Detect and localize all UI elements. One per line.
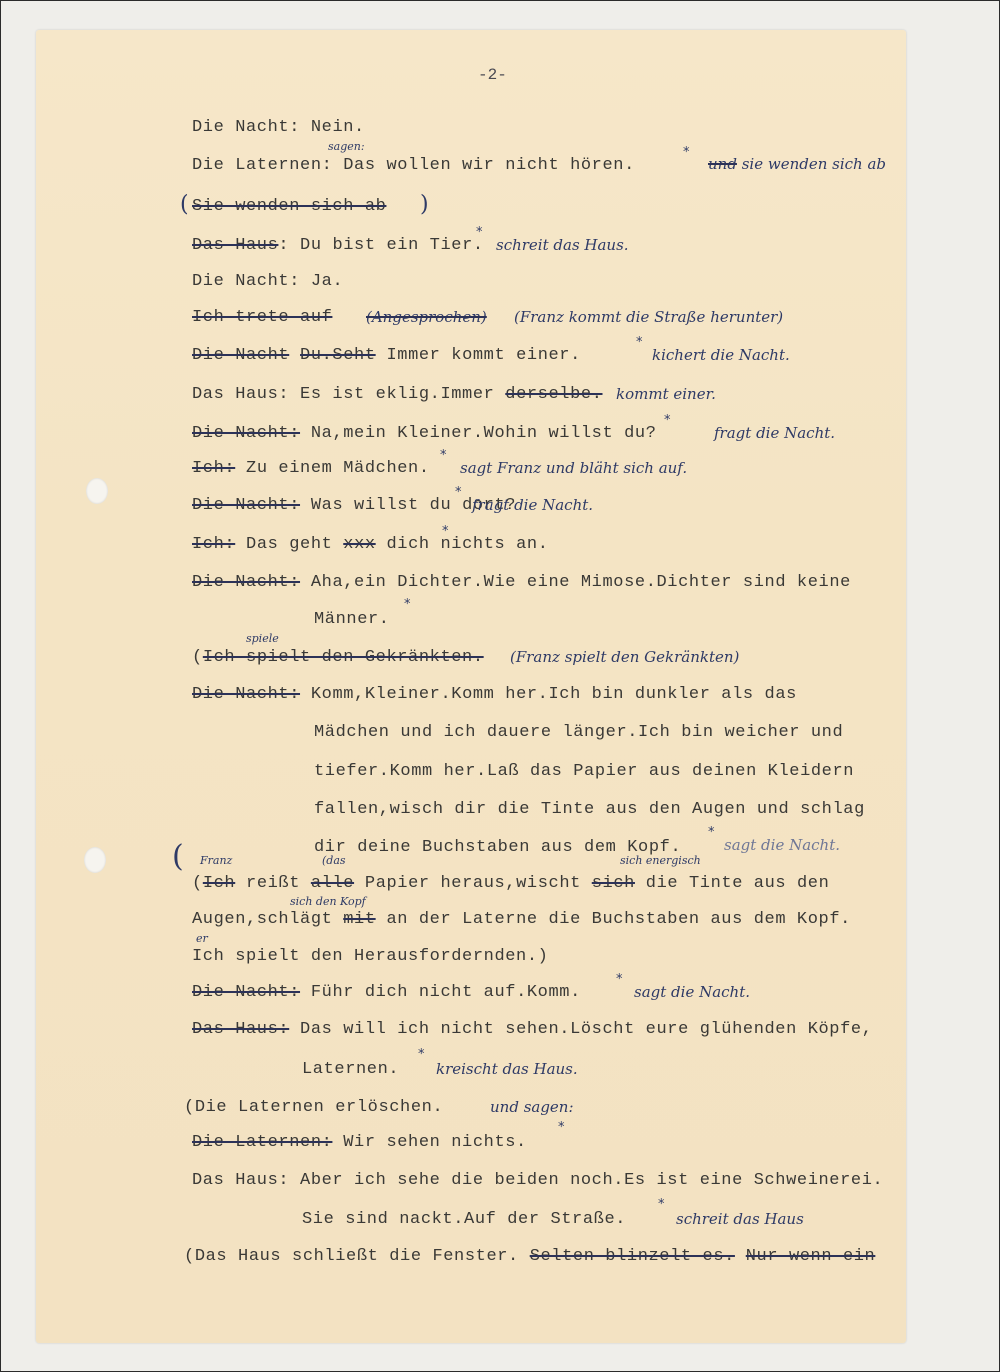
speaker-struck: Die Nacht [192, 346, 289, 365]
typed-line: Die Nacht: Na,mein Kleiner.Wohin willst … [192, 424, 657, 444]
typed-line: Die Nacht: Nein. [192, 118, 365, 138]
margin-note: sagt die Nacht. [724, 836, 840, 854]
margin-note: (Franz kommt die Straße herunter) [514, 308, 783, 326]
typed-line: Sie wenden sich ab [192, 197, 386, 217]
margin-note: und sagen: [490, 1098, 574, 1116]
typed-line: (Die Laternen erlöschen. [184, 1098, 443, 1118]
typed-line: Die Nacht Du.Seht Immer kommt einer. [192, 346, 581, 366]
speaker: Die Nacht: [192, 118, 300, 137]
margin-note: sagt die Nacht. [634, 983, 750, 1001]
margin-note: schreit das Haus [676, 1210, 804, 1228]
insertion-note: sich energisch [620, 852, 701, 870]
typed-line: Die Nacht: Komm,Kleiner.Komm her.Ich bin… [192, 685, 797, 705]
typed-line: Ich: Das geht xxx dich nichts an. [192, 535, 549, 555]
insertion-note: spiele [246, 630, 279, 648]
typed-line: (Das Haus schließt die Fenster. Selten b… [184, 1247, 875, 1267]
typed-line: Das Haus: Es ist eklig.Immer derselbe. [192, 385, 603, 405]
margin-note: und sie wenden sich ab [708, 155, 886, 173]
speaker-struck: Die Nacht: [192, 496, 300, 515]
typed-line: Die Nacht: Führ dich nicht auf.Komm. [192, 983, 581, 1003]
typed-line: Die Nacht: Ja. [192, 272, 343, 292]
typed-line: Die Laternen: Wir sehen nichts. [192, 1133, 527, 1153]
margin-note-struck: (Angesprochen) [366, 308, 487, 326]
speaker-struck: Die Nacht: [192, 983, 300, 1002]
typed-line: Das Haus: Das will ich nicht sehen.Lösch… [192, 1020, 873, 1040]
speaker: Die Nacht: [192, 272, 300, 291]
margin-note: fragt die Nacht. [472, 496, 593, 514]
speaker: Die Laternen: [192, 156, 332, 175]
speaker: Das Haus: [192, 1171, 289, 1190]
struck-text: Sie wenden sich ab [192, 197, 386, 216]
typed-line: fallen,wisch dir die Tinte aus den Augen… [314, 800, 865, 820]
asterisk-marker: * [664, 414, 671, 428]
asterisk-marker: * [418, 1048, 425, 1062]
punch-hole-top [86, 478, 108, 504]
speaker-struck: Die Nacht: [192, 573, 300, 592]
punch-hole-bottom [84, 847, 106, 873]
typed-line: Das Haus: Du bist ein Tier. [192, 236, 484, 256]
insertion-note: sagen: [328, 138, 365, 156]
margin-note: kreischt das Haus. [436, 1060, 578, 1078]
margin-note: kommt einer. [616, 385, 716, 403]
speaker-struck: Die Nacht: [192, 685, 300, 704]
margin-note: kichert die Nacht. [652, 346, 790, 364]
speaker-struck: Die Nacht: [192, 424, 300, 443]
insertion-note: er [196, 930, 208, 948]
bracket-mark: ( [180, 194, 189, 216]
insertion-note: (das [322, 852, 346, 870]
struck-text: Ich trete auf [192, 308, 332, 327]
typed-line: Das Haus: Aber ich sehe die beiden noch.… [192, 1171, 883, 1191]
typed-line: Die Nacht: Was willst du dort? [192, 496, 516, 516]
asterisk-marker: * [683, 146, 690, 160]
asterisk-marker: * [442, 525, 449, 539]
typed-line: tiefer.Komm her.Laß das Papier aus deine… [314, 762, 854, 782]
typed-line: Ich: Zu einem Mädchen. [192, 459, 430, 479]
speaker: Das Haus: [192, 385, 289, 404]
margin-note: schreit das Haus. [496, 236, 629, 254]
asterisk-marker: * [616, 973, 623, 987]
speaker-struck: Das Haus [192, 236, 278, 255]
asterisk-marker: * [476, 226, 483, 240]
typed-line: Mädchen und ich dauere länger.Ich bin we… [314, 723, 843, 743]
speaker-struck: Das Haus: [192, 1020, 289, 1039]
asterisk-marker: * [658, 1198, 665, 1212]
page-number: -2- [478, 66, 507, 84]
margin-note: sagt Franz und bläht sich auf. [460, 459, 687, 477]
asterisk-marker: * [558, 1121, 565, 1135]
insertion-note: Franz [200, 852, 232, 870]
typed-line: Sie sind nackt.Auf der Straße. [302, 1210, 626, 1230]
asterisk-marker: * [440, 449, 447, 463]
speaker-struck: Die Laternen: [192, 1133, 332, 1152]
bracket-mark: ) [420, 194, 429, 216]
asterisk-marker: * [404, 598, 411, 612]
margin-note: (Franz spielt den Gekränkten) [510, 648, 739, 666]
typed-line: (Ich reißt alle Papier heraus,wischt sic… [192, 874, 829, 894]
typed-line: Ich spielt den Herausfordernden.) [192, 947, 548, 967]
typed-line: Männer. [314, 610, 390, 630]
speaker-struck: Ich: [192, 535, 235, 554]
typed-line: Ich trete auf [192, 308, 332, 328]
margin-note: fragt die Nacht. [714, 424, 835, 442]
bracket-mark: ( [172, 846, 184, 868]
typed-line: Die Nacht: Aha,ein Dichter.Wie eine Mimo… [192, 573, 851, 593]
asterisk-marker: * [455, 486, 462, 500]
typed-line: Die Laternen: Das wollen wir nicht hören… [192, 156, 635, 176]
typed-line: Augen,schlägt mit an der Laterne die Buc… [192, 910, 851, 930]
asterisk-marker: * [636, 336, 643, 350]
typed-line: (Ich spielt den Gekränkten. [192, 648, 484, 668]
insertion-note: sich den Kopf [290, 893, 366, 911]
asterisk-marker: * [708, 826, 715, 840]
speaker-struck: Ich: [192, 459, 235, 478]
typed-line: Laternen. [302, 1060, 399, 1080]
